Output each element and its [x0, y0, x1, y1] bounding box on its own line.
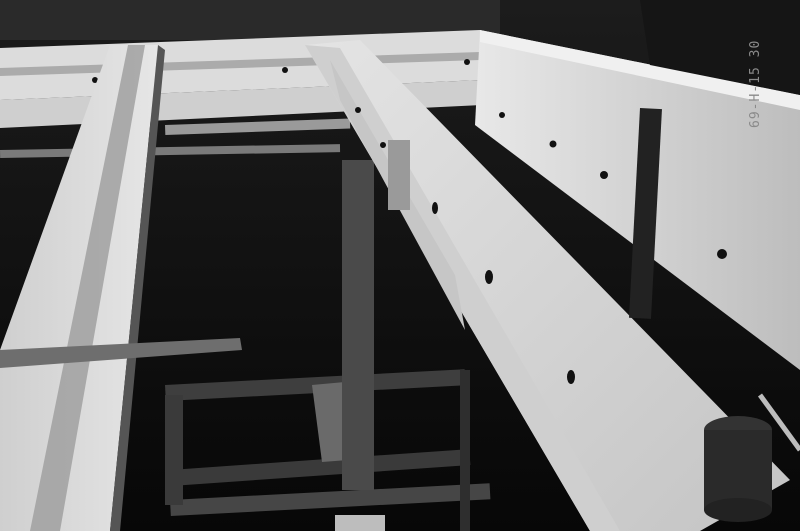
steel-framework-photo: [0, 0, 800, 531]
handwritten-label: 69-H-15 30: [748, 40, 763, 128]
